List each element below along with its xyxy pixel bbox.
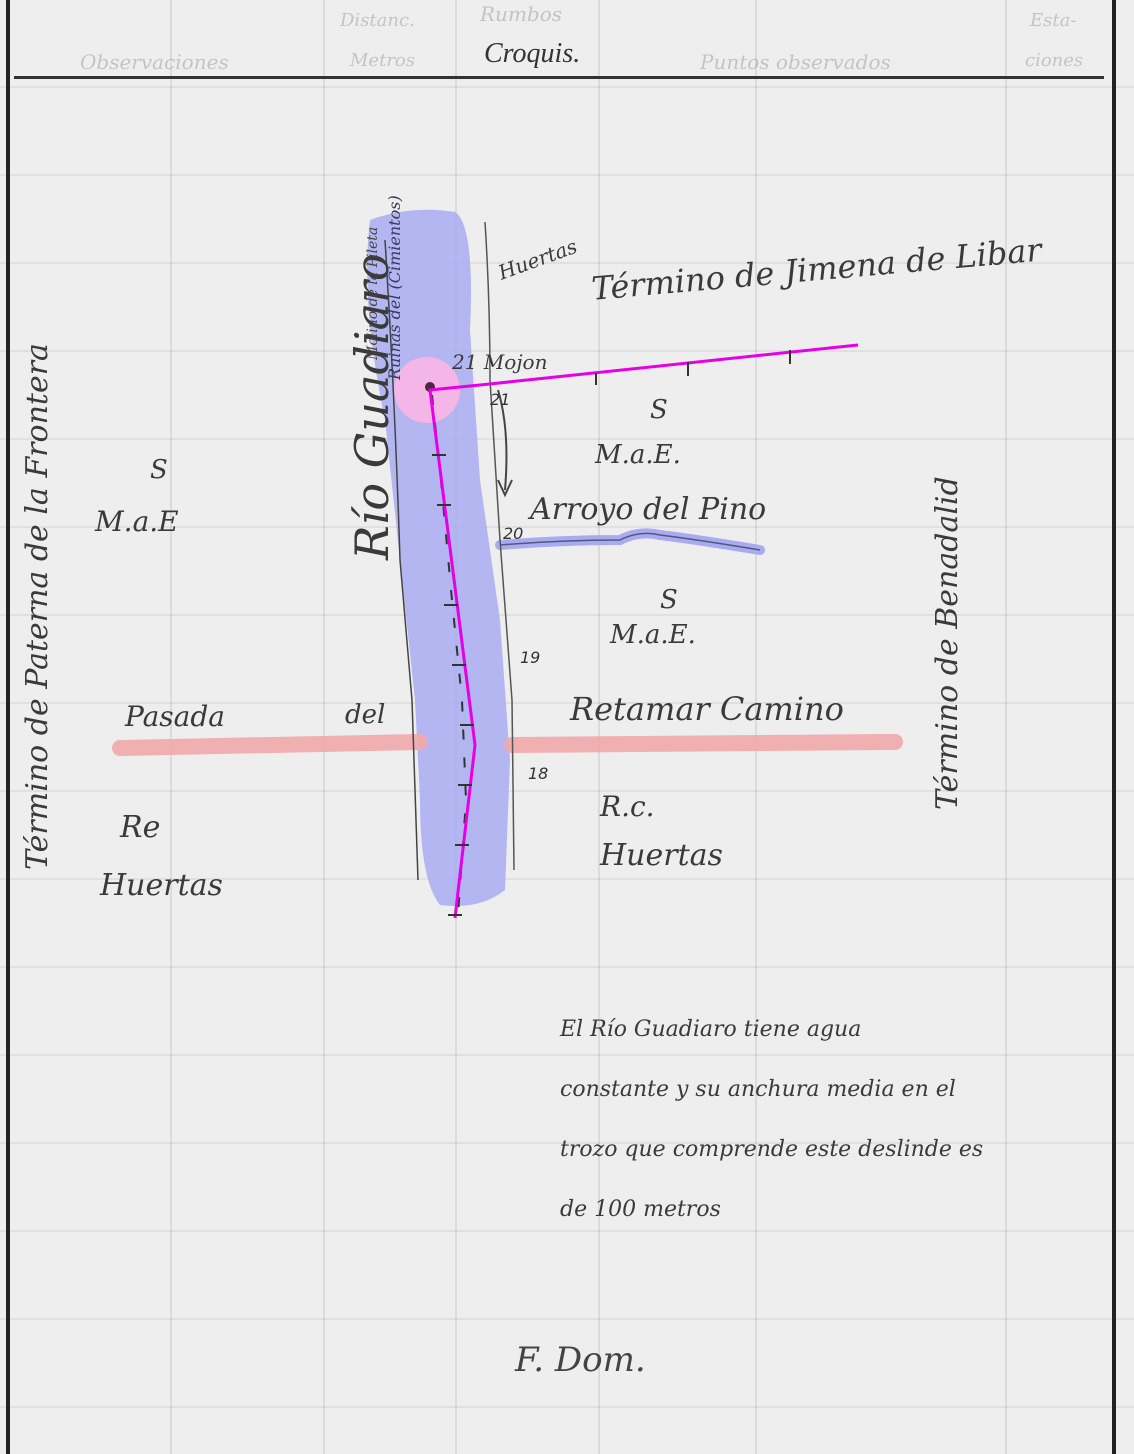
- note-line: trozo que comprende este deslinde es: [560, 1120, 1100, 1180]
- label-huertas-left: Huertas: [100, 868, 223, 903]
- station-number-19: 19: [520, 648, 540, 667]
- label-rc-right: R.c.: [600, 790, 655, 823]
- label-pasada-del: del: [345, 700, 385, 730]
- station-number-21: 21: [490, 390, 510, 409]
- label-mae-right2: M.a.E.: [610, 620, 696, 650]
- label-s-right2: S: [660, 585, 678, 615]
- road-highlight-right: [512, 742, 895, 745]
- label-s-right1: S: [650, 395, 668, 425]
- label-mae-left: M.a.E: [95, 505, 179, 538]
- label-termino-benadalid: Término de Benadalid: [930, 476, 965, 810]
- label-ruinas: Ruinas del (Cimientos): [385, 195, 404, 380]
- label-huertas-right: Huertas: [600, 838, 723, 873]
- note-line: El Río Guadiaro tiene agua: [560, 1000, 1100, 1060]
- label-termino-paterna: Término de Paterna de la Frontera: [20, 343, 55, 870]
- road-highlight-left: [120, 742, 420, 748]
- station-number-20: 20: [503, 524, 523, 543]
- label-s-left: S: [150, 455, 168, 485]
- label-mae-right1: M.a.E.: [595, 440, 681, 470]
- note-line: constante y su anchura media en el: [560, 1060, 1100, 1120]
- label-arroyo-del-pino: Arroyo del Pino: [530, 492, 766, 527]
- document-page: Observaciones Distanc. Metros Rumbos Pun…: [0, 0, 1134, 1454]
- label-mojon: 21 Mojon: [452, 350, 547, 374]
- label-pasada: Pasada: [125, 700, 225, 733]
- label-re-left: Re: [120, 810, 160, 845]
- station-number-18: 18: [528, 764, 548, 783]
- label-molino: Molino de la Pileta: [365, 227, 381, 360]
- label-retamar-camino: Retamar Camino: [570, 690, 844, 728]
- signature: F. Dom.: [515, 1340, 646, 1380]
- river-note: El Río Guadiaro tiene agua constante y s…: [560, 1000, 1100, 1240]
- note-line: de 100 metros: [560, 1180, 1100, 1240]
